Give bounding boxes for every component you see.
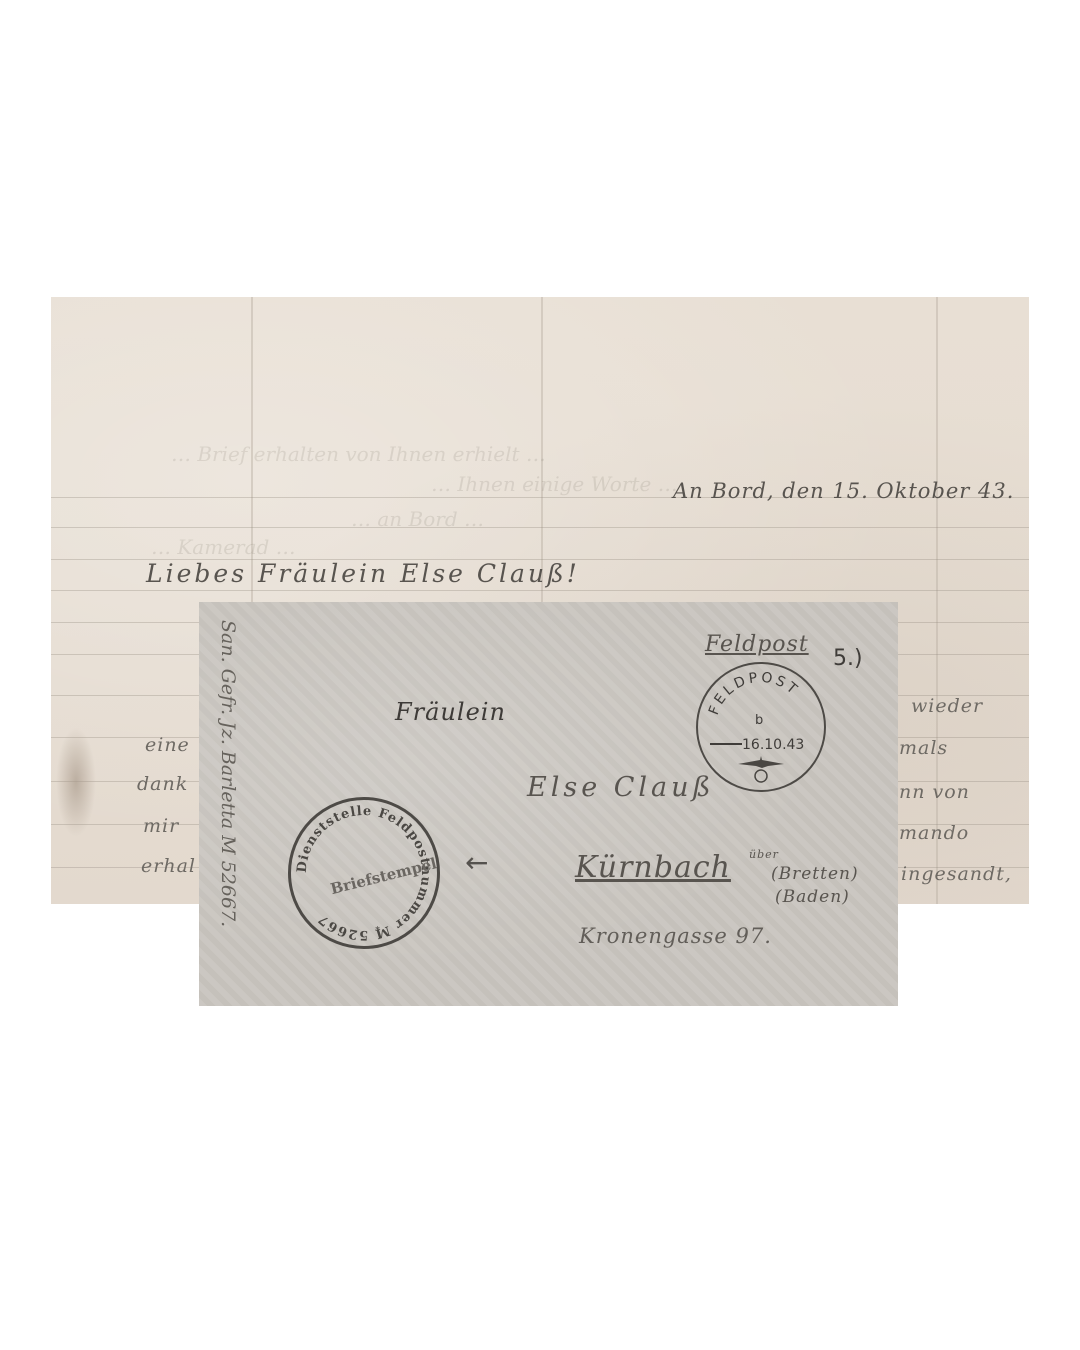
bleedthrough-text: … Ihnen einige Worte … [431, 472, 678, 496]
letter-body-fragment: nn von [899, 781, 970, 803]
unit-stamp: Dienststelle Feldpostnummer M 52667 Brie… [288, 797, 440, 949]
letter-salutation: Liebes Fräulein Else Clauß! [146, 559, 580, 588]
star-icon: * [375, 925, 380, 936]
ruled-line [51, 527, 1029, 528]
letter-body-fragment: dank [137, 773, 188, 795]
recipient-town: Kürnbach [575, 850, 731, 885]
ruled-line [51, 590, 1029, 591]
postmark-top-text: FELDPOST [706, 670, 802, 718]
letter-body-fragment: erhal [141, 855, 196, 877]
letter-body-fragment: mando [899, 822, 969, 844]
town-region-2: (Baden) [775, 887, 850, 907]
bleedthrough-text: … Brief erhalten von Ihnen erhielt … [171, 442, 546, 466]
water-stain [56, 727, 96, 837]
letter-body-fragment: eine [145, 734, 190, 756]
postmark-letter: b [755, 713, 763, 728]
fold-line [936, 297, 938, 904]
sender-address: San. Gefr. Jz. Barletta M 52667. [217, 620, 239, 927]
unit-stamp-graphic: Dienststelle Feldpostnummer M 52667 Brie… [291, 800, 437, 946]
number-marking: 5.) [833, 646, 863, 671]
arrow-icon: ← [465, 846, 488, 879]
eagle-icon [738, 756, 784, 782]
bleedthrough-text: … an Bord … [351, 507, 484, 531]
svg-text:FELDPOST: FELDPOST [706, 670, 802, 718]
letter-body-fragment: mir [143, 815, 179, 837]
letter-body-fragment: wieder [911, 695, 983, 717]
postmark-graphic: FELDPOST b 16.10.43 [698, 664, 824, 790]
feldpost-postmark: FELDPOST b 16.10.43 [696, 662, 826, 792]
envelope: San. Gefr. Jz. Barletta M 52667. Feldpos… [199, 602, 898, 1006]
letter-body-fragment: ingesandt, [901, 863, 1012, 885]
feldpost-marking: Feldpost [705, 632, 809, 657]
recipient-street: Kronengasse 97. [579, 924, 772, 948]
recipient-title: Fräulein [395, 698, 506, 726]
letter-body-fragment: mals [899, 737, 948, 759]
letter-dateline: An Bord, den 15. Oktober 43. [673, 479, 1014, 503]
postmark-date: 16.10.43 [742, 737, 804, 753]
town-via: über [749, 848, 779, 861]
town-region-1: (Bretten) [771, 864, 859, 884]
recipient-name: Else Clauß [527, 772, 715, 803]
bleedthrough-text: … Kamerad … [151, 535, 296, 559]
